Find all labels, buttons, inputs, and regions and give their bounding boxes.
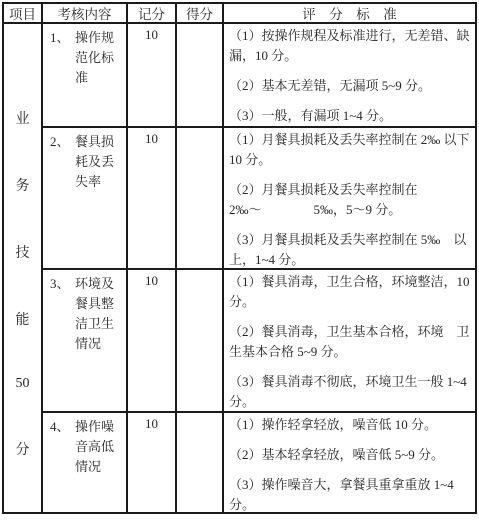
project-merged-cell: 业 务 技 能 50 分 bbox=[3, 23, 42, 513]
obtained-score-cell bbox=[176, 269, 223, 412]
criteria-paragraph: （2）基本无差错，无漏项 5~9 分。 bbox=[229, 76, 472, 96]
obtained-score-cell bbox=[176, 412, 223, 513]
criteria-paragraph: （1）月餐具损耗及丢失率控制在 2‰ 以下 10 分。 bbox=[229, 130, 472, 170]
content-cell: 1、 操作规范化标准 bbox=[42, 23, 127, 127]
project-label-char: 50 bbox=[16, 376, 30, 392]
score-cell: 10 bbox=[127, 127, 176, 269]
item-number: 4、 bbox=[50, 417, 70, 437]
obtained-score-cell bbox=[176, 23, 223, 127]
criteria-cell: （1）操作轻拿轻放，噪音低 10 分。 （2）基本轻拿轻放，噪音低 5~9 分。… bbox=[223, 412, 476, 513]
item-content: 操作噪音高低情况 bbox=[75, 417, 124, 477]
criteria-paragraph: （2）月餐具损耗及丢失率控制在 2‰～ 5‰，5～9 分。 bbox=[229, 180, 472, 220]
item-number: 2、 bbox=[50, 132, 70, 152]
criteria-paragraph: （3）餐具消毒不彻底，环境卫生一般 1~4 分。 bbox=[229, 372, 472, 412]
criteria-paragraph: （3）操作噪音大，拿餐具重拿重放 1~4 分。 bbox=[229, 475, 472, 513]
criteria-paragraph: （3）一般，有漏项 1~4 分。 bbox=[229, 106, 472, 126]
criteria-paragraph: （1）按操作规程及标准进行，无差错、缺漏，10 分。 bbox=[229, 26, 472, 66]
criteria-cell: （1）月餐具损耗及丢失率控制在 2‰ 以下 10 分。 （2）月餐具损耗及丢失率… bbox=[223, 127, 476, 269]
content-cell: 2、 餐具损耗及丢失率 bbox=[42, 127, 127, 269]
item-content: 环境及餐具整洁卫生情况 bbox=[75, 274, 124, 354]
header-criteria: 评 分 标 准 bbox=[223, 3, 476, 23]
criteria-paragraph: （1）操作轻拿轻放，噪音低 10 分。 bbox=[229, 415, 472, 435]
item-number: 3、 bbox=[50, 274, 70, 294]
item-content: 餐具损耗及丢失率 bbox=[75, 132, 124, 192]
score-cell: 10 bbox=[127, 23, 176, 127]
project-label-char: 业 bbox=[16, 108, 30, 128]
item-content: 操作规范化标准 bbox=[75, 28, 124, 88]
header-project: 项目 bbox=[3, 3, 42, 23]
obtained-score-cell bbox=[176, 127, 223, 269]
project-label-char: 分 bbox=[16, 439, 30, 459]
criteria-paragraph: （1）餐具消毒，卫生合格，环境整洁，10 分。 bbox=[229, 272, 472, 312]
header-obtained: 得分 bbox=[176, 3, 223, 23]
criteria-cell: （1）餐具消毒，卫生合格，环境整洁，10 分。 （2）餐具消毒，卫生基本合格，环… bbox=[223, 269, 476, 412]
criteria-cell: （1）按操作规程及标准进行，无差错、缺漏，10 分。 （2）基本无差错，无漏项 … bbox=[223, 23, 476, 127]
content-cell: 3、 环境及餐具整洁卫生情况 bbox=[42, 269, 127, 412]
project-label-char: 务 bbox=[16, 175, 30, 195]
criteria-paragraph: （2）基本轻拿轻放，噪音低 5~9 分。 bbox=[229, 445, 472, 465]
header-content: 考核内容 bbox=[42, 3, 127, 23]
criteria-paragraph: （2）餐具消毒，卫生基本合格，环境 卫生基本合格 5~9 分。 bbox=[229, 322, 472, 362]
item-number: 1、 bbox=[50, 28, 70, 48]
score-cell: 10 bbox=[127, 269, 176, 412]
score-cell: 10 bbox=[127, 412, 176, 513]
criteria-paragraph: （3）月餐具损耗及丢失率控制在 5‰ 以上，1~4 分。 bbox=[229, 230, 472, 269]
header-score: 记分 bbox=[127, 3, 176, 23]
project-label-char: 技 bbox=[16, 242, 30, 262]
project-label-char: 能 bbox=[16, 309, 30, 329]
assessment-table: 项目 考核内容 记分 得分 评 分 标 准 业 务 技 能 50 分 1、 操作… bbox=[2, 2, 477, 514]
content-cell: 4、 操作噪音高低情况 bbox=[42, 412, 127, 513]
